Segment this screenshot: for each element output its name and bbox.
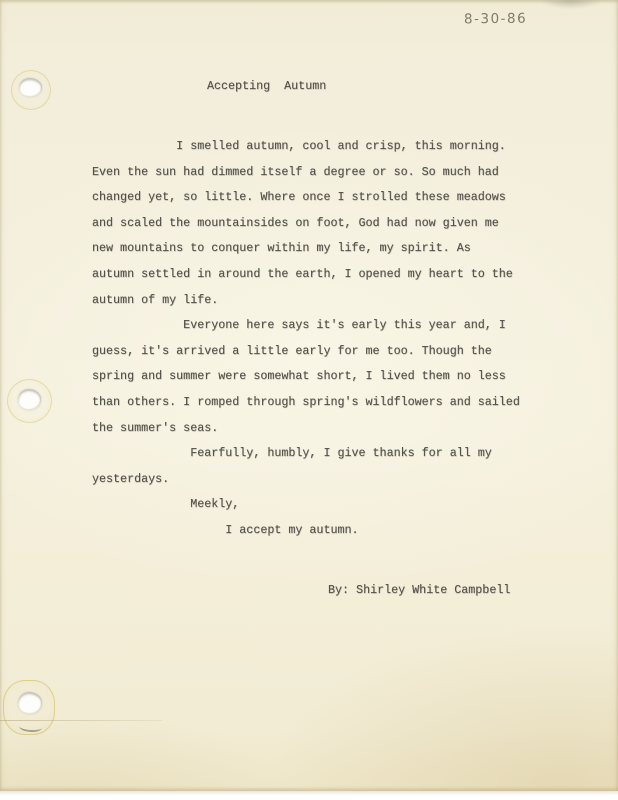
text-line: and scaled the mountainsides on foot, Go…	[92, 211, 520, 237]
scanner-background: 8-30-86 Accepting Autumn I smelled autum…	[0, 0, 618, 800]
text-line: autumn settled in around the earth, I op…	[92, 262, 520, 288]
scan-edge	[0, 791, 618, 800]
text-line: than others. I romped through spring's w…	[92, 390, 520, 416]
hole-opening	[19, 78, 42, 97]
document-title: Accepting Autumn	[207, 79, 326, 93]
text-line: I smelled autumn, cool and crisp, this m…	[92, 134, 520, 160]
hole-opening	[18, 389, 41, 410]
text-line: Everyone here says it's early this year …	[92, 313, 520, 339]
text-line: new mountains to conquer within my life,…	[92, 236, 520, 262]
text-line: yesterdays.	[92, 467, 520, 493]
crease-mark	[0, 720, 162, 721]
text-line: the summer's seas.	[92, 416, 520, 442]
text-line: guess, it's arrived a little early for m…	[92, 339, 520, 365]
paper-page: 8-30-86 Accepting Autumn I smelled autum…	[0, 0, 618, 791]
text-line: Meekly,	[92, 492, 520, 518]
hole-punch-middle	[7, 378, 55, 426]
text-line: autumn of my life.	[92, 288, 520, 314]
text-line: changed yet, so little. Where once I str…	[92, 185, 520, 211]
document-body: I smelled autumn, cool and crisp, this m…	[92, 134, 520, 544]
smudge-mark	[540, 0, 602, 9]
byline: By: Shirley White Campbell	[328, 583, 510, 597]
hole-opening	[18, 692, 42, 714]
hole-punch-top	[11, 70, 55, 114]
text-line: spring and summer were somewhat short, I…	[92, 364, 520, 390]
date-annotation: 8-30-86	[464, 11, 527, 28]
text-line: Fearfully, humbly, I give thanks for all…	[92, 441, 520, 467]
text-line: I accept my autumn.	[92, 518, 520, 544]
text-line: Even the sun had dimmed itself a degree …	[92, 160, 520, 186]
